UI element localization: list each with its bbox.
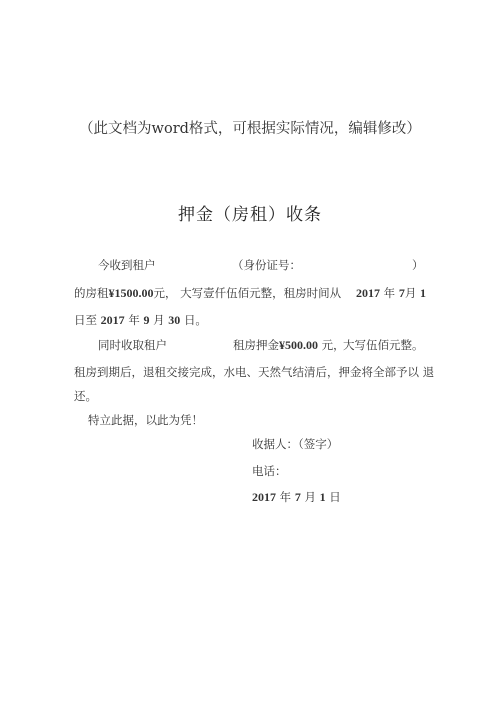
- deposit-from-label: 同时收取租户: [98, 337, 167, 353]
- statement: 特立此据，以此为凭！: [88, 412, 203, 428]
- rent-amount-text: 元， 大写壹仟伍佰元整，租房时间从: [154, 286, 342, 300]
- rent-amount: ¥1500.00: [109, 286, 154, 300]
- deposit-amount-line: 租房押金¥500.00 元，: [233, 337, 345, 353]
- rent-amount-line: 的房租¥1500.00元， 大写壹仟伍佰元整，租房时间从: [74, 285, 341, 301]
- receiver-signature-label: 收据人：（签字）: [252, 436, 338, 452]
- signature-date: 2017 年 7 月 1 日: [252, 489, 341, 505]
- rent-end-date: 日至 2017 年 9 月 30 日。: [74, 312, 207, 328]
- document-title: 押金（房租）收条: [0, 200, 500, 225]
- deposit-amount-text: 大写伍佰元整。: [343, 337, 424, 353]
- phone-label: 电话：: [252, 463, 287, 479]
- refund-terms-end: 还。: [74, 388, 97, 404]
- deposit-amount: ¥500.00: [279, 338, 318, 352]
- id-number-close: ）: [412, 257, 424, 273]
- id-number-label: （身份证号：: [232, 257, 301, 273]
- editable-note: （此文档为word格式，可根据实际情况，编辑修改）: [0, 117, 500, 138]
- rent-label: 的房租: [74, 286, 109, 300]
- received-from-label: 今收到租户: [98, 257, 156, 273]
- refund-terms: 租房到期后，退租交接完成，水电、天然气结清后，押金将全部予以 退: [74, 364, 434, 380]
- rent-start-date: 2017 年 7月 1: [356, 285, 426, 301]
